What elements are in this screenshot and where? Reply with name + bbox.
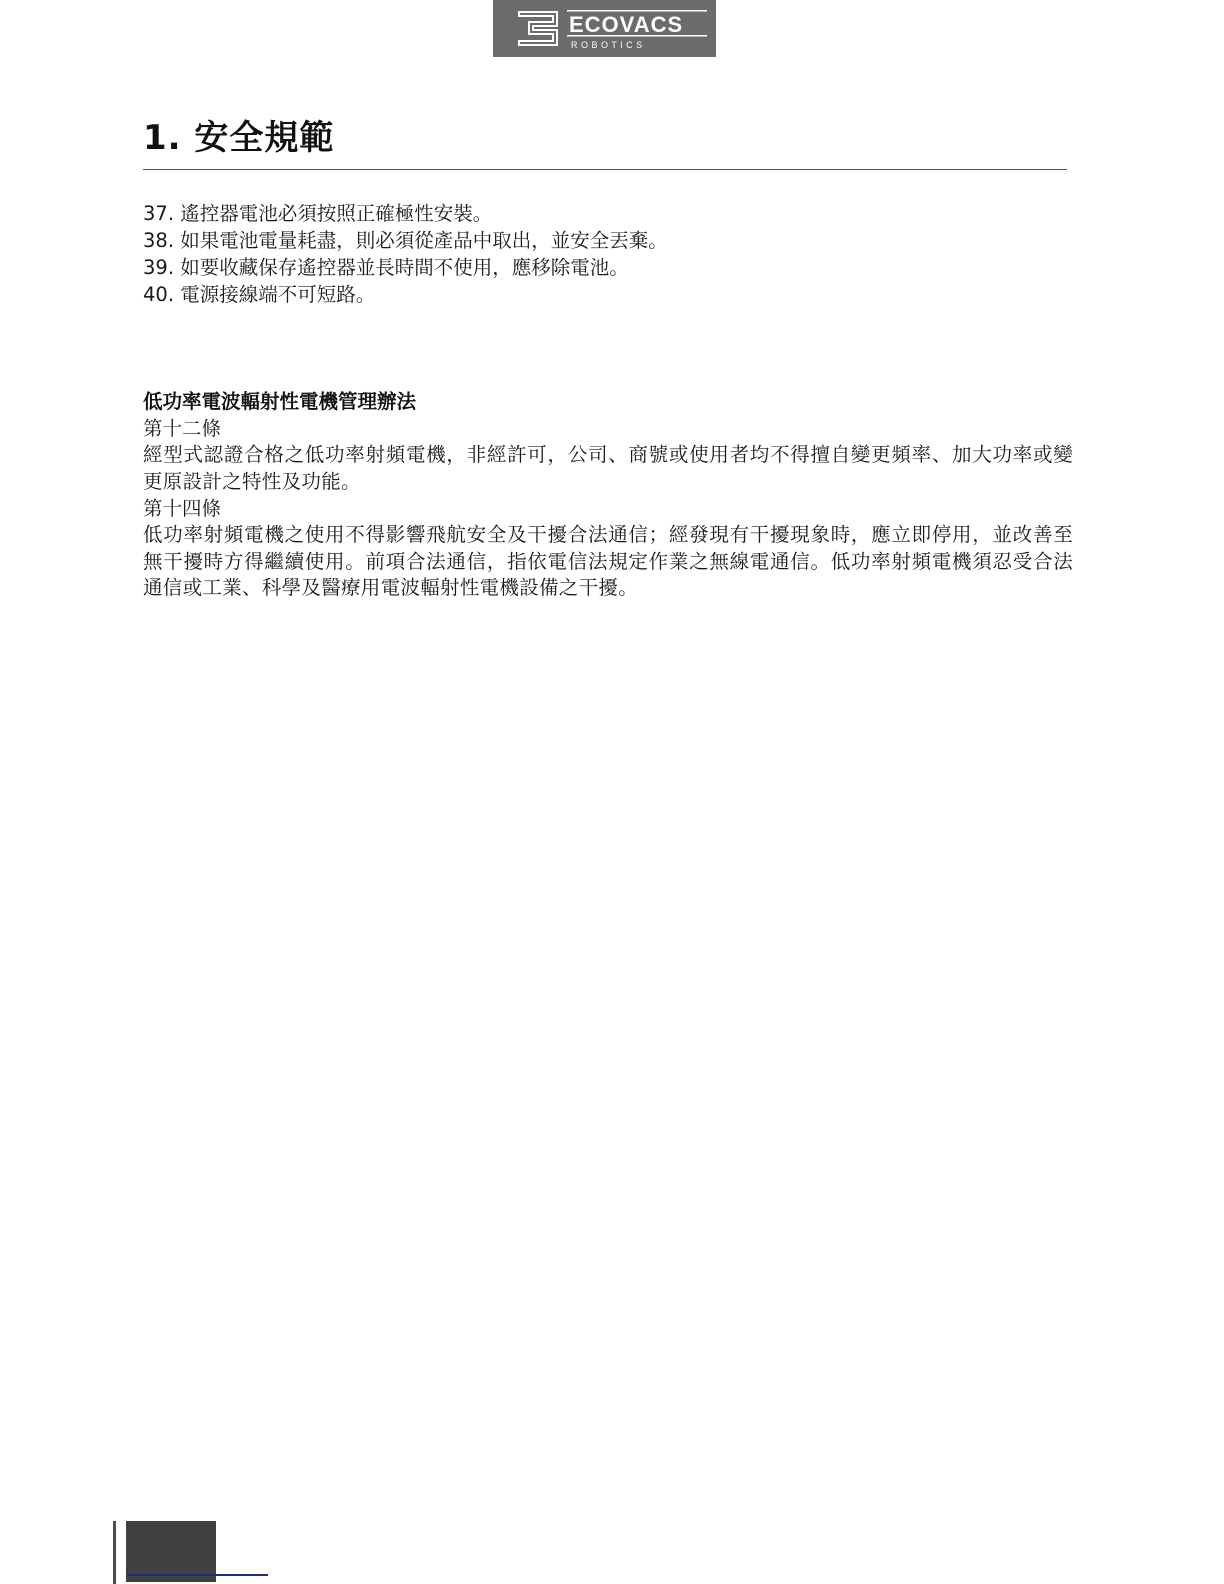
item-number: 40.: [143, 283, 174, 306]
title-divider: [143, 169, 1067, 170]
safety-item-38: 38. 如果電池電量耗盡，則必須從產品中取出，並安全丟棄。: [143, 227, 668, 254]
page-margin-bar: [113, 1521, 116, 1584]
item-text: 遙控器電池必須按照正確極性安裝。: [180, 202, 492, 225]
regulation-section: 低功率電波輻射性電機管理辦法 第十二條 經型式認證合格之低功率射頻電機，非經許可…: [143, 388, 1073, 602]
item-text: 如果電池電量耗盡，則必須從產品中取出，並安全丟棄。: [180, 229, 668, 252]
article-14-text: 低功率射頻電機之使用不得影響飛航安全及干擾合法通信；經發現有干擾現象時，應立即停…: [143, 522, 1073, 602]
footer-underline: [127, 1574, 268, 1576]
item-text: 如要收藏保存遙控器並長時間不使用，應移除電池。: [180, 256, 629, 279]
section-title: 1. 安全規範: [143, 110, 334, 159]
article-12-text: 經型式認證合格之低功率射頻電機，非經許可，公司、商號或使用者均不得擅自變更頻率、…: [143, 442, 1073, 495]
safety-items-list: 37. 遙控器電池必須按照正確極性安裝。 38. 如果電池電量耗盡，則必須從產品…: [143, 200, 668, 308]
ecovacs-e-mark-icon: ECOVACS R O B O T I C S: [493, 0, 716, 57]
logo-brand: ECOVACS: [569, 12, 683, 37]
ecovacs-logo: ECOVACS R O B O T I C S: [493, 0, 716, 57]
item-number: 37.: [143, 202, 174, 225]
safety-item-37: 37. 遙控器電池必須按照正確極性安裝。: [143, 200, 668, 227]
logo-tagline: R O B O T I C S: [571, 40, 643, 50]
safety-item-40: 40. 電源接線端不可短路。: [143, 281, 668, 308]
item-number: 38.: [143, 229, 174, 252]
item-number: 39.: [143, 256, 174, 279]
article-12-heading: 第十二條: [143, 415, 1073, 442]
regulation-title: 低功率電波輻射性電機管理辦法: [143, 388, 1073, 415]
item-text: 電源接線端不可短路。: [180, 283, 375, 306]
article-14-heading: 第十四條: [143, 495, 1073, 522]
safety-item-39: 39. 如要收藏保存遙控器並長時間不使用，應移除電池。: [143, 254, 668, 281]
page-number-box: [126, 1521, 216, 1582]
